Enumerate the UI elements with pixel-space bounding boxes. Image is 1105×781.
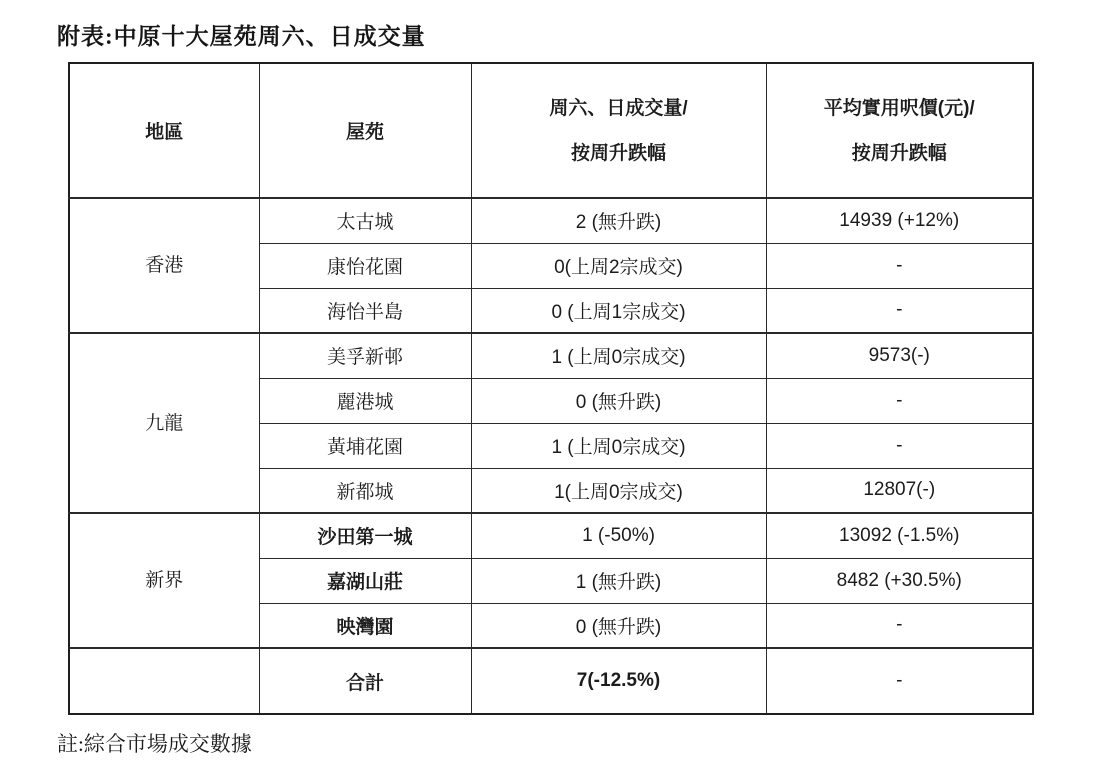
- price-cell: 14939 (+12%): [766, 198, 1033, 243]
- region-label: 九龍: [70, 401, 259, 446]
- header-estate: 屋苑: [259, 63, 471, 198]
- price-cell: -: [766, 243, 1033, 288]
- volume-cell: 1 (無升跌): [471, 558, 766, 603]
- header-price-line1: 平均實用呎價(元)/: [767, 86, 1033, 131]
- estate-cell: 沙田第一城: [259, 513, 471, 558]
- price-cell: 12807(-): [766, 468, 1033, 513]
- table-row: 香港 太古城 2 (無升跌) 14939 (+12%): [69, 198, 1033, 243]
- header-price-line2: 按周升跌幅: [767, 131, 1033, 176]
- region-cell-kowloon: 九龍: [69, 333, 259, 513]
- table-row: 新界 沙田第一城 1 (-50%) 13092 (-1.5%): [69, 513, 1033, 558]
- table-total-row: 合計 7(-12.5%) -: [69, 648, 1033, 714]
- region-cell-hongkong: 香港: [69, 198, 259, 333]
- document-page: 附表:中原十大屋苑周六、日成交量 地區 屋苑 周六、日成交量/ 按周升跌幅 平均…: [0, 0, 1105, 781]
- estate-cell: 映灣園: [259, 603, 471, 648]
- estate-cell: 黃埔花園: [259, 423, 471, 468]
- estate-cell: 太古城: [259, 198, 471, 243]
- price-cell: 8482 (+30.5%): [766, 558, 1033, 603]
- volume-cell: 1 (上周0宗成交): [471, 333, 766, 378]
- estate-cell: 康怡花園: [259, 243, 471, 288]
- estate-cell: 新都城: [259, 468, 471, 513]
- total-label-cell: 合計: [259, 648, 471, 714]
- volume-cell: 0 (無升跌): [471, 603, 766, 648]
- volume-cell: 1 (上周0宗成交): [471, 423, 766, 468]
- region-label: 新界: [70, 558, 259, 603]
- volume-cell: 1 (-50%): [471, 513, 766, 558]
- price-cell: -: [766, 288, 1033, 333]
- page-title: 附表:中原十大屋苑周六、日成交量: [57, 18, 426, 51]
- region-label: 香港: [70, 243, 259, 288]
- price-cell: -: [766, 603, 1033, 648]
- volume-cell: 0(上周2宗成交): [471, 243, 766, 288]
- estates-table: 地區 屋苑 周六、日成交量/ 按周升跌幅 平均實用呎價(元)/ 按周升跌幅 香港…: [68, 62, 1034, 715]
- header-region: 地區: [69, 63, 259, 198]
- price-cell: 13092 (-1.5%): [766, 513, 1033, 558]
- header-price: 平均實用呎價(元)/ 按周升跌幅: [766, 63, 1033, 198]
- estate-cell: 嘉湖山莊: [259, 558, 471, 603]
- volume-cell: 2 (無升跌): [471, 198, 766, 243]
- volume-cell: 0 (上周1宗成交): [471, 288, 766, 333]
- estate-cell: 海怡半島: [259, 288, 471, 333]
- price-cell: -: [766, 378, 1033, 423]
- price-cell: -: [766, 423, 1033, 468]
- header-volume-line2: 按周升跌幅: [472, 131, 766, 176]
- header-volume: 周六、日成交量/ 按周升跌幅: [471, 63, 766, 198]
- estate-cell: 麗港城: [259, 378, 471, 423]
- footnote: 註:綜合市場成交數據: [57, 728, 252, 758]
- volume-cell: 1(上周0宗成交): [471, 468, 766, 513]
- region-cell-new-territories: 新界: [69, 513, 259, 648]
- header-volume-line1: 周六、日成交量/: [472, 86, 766, 131]
- volume-cell: 0 (無升跌): [471, 378, 766, 423]
- table-header-row: 地區 屋苑 周六、日成交量/ 按周升跌幅 平均實用呎價(元)/ 按周升跌幅: [69, 63, 1033, 198]
- estate-cell: 美孚新邨: [259, 333, 471, 378]
- total-region-cell-empty: [69, 648, 259, 714]
- table-row: 九龍 美孚新邨 1 (上周0宗成交) 9573(-): [69, 333, 1033, 378]
- price-cell: 9573(-): [766, 333, 1033, 378]
- total-price-cell: -: [766, 648, 1033, 714]
- total-volume-cell: 7(-12.5%): [471, 648, 766, 714]
